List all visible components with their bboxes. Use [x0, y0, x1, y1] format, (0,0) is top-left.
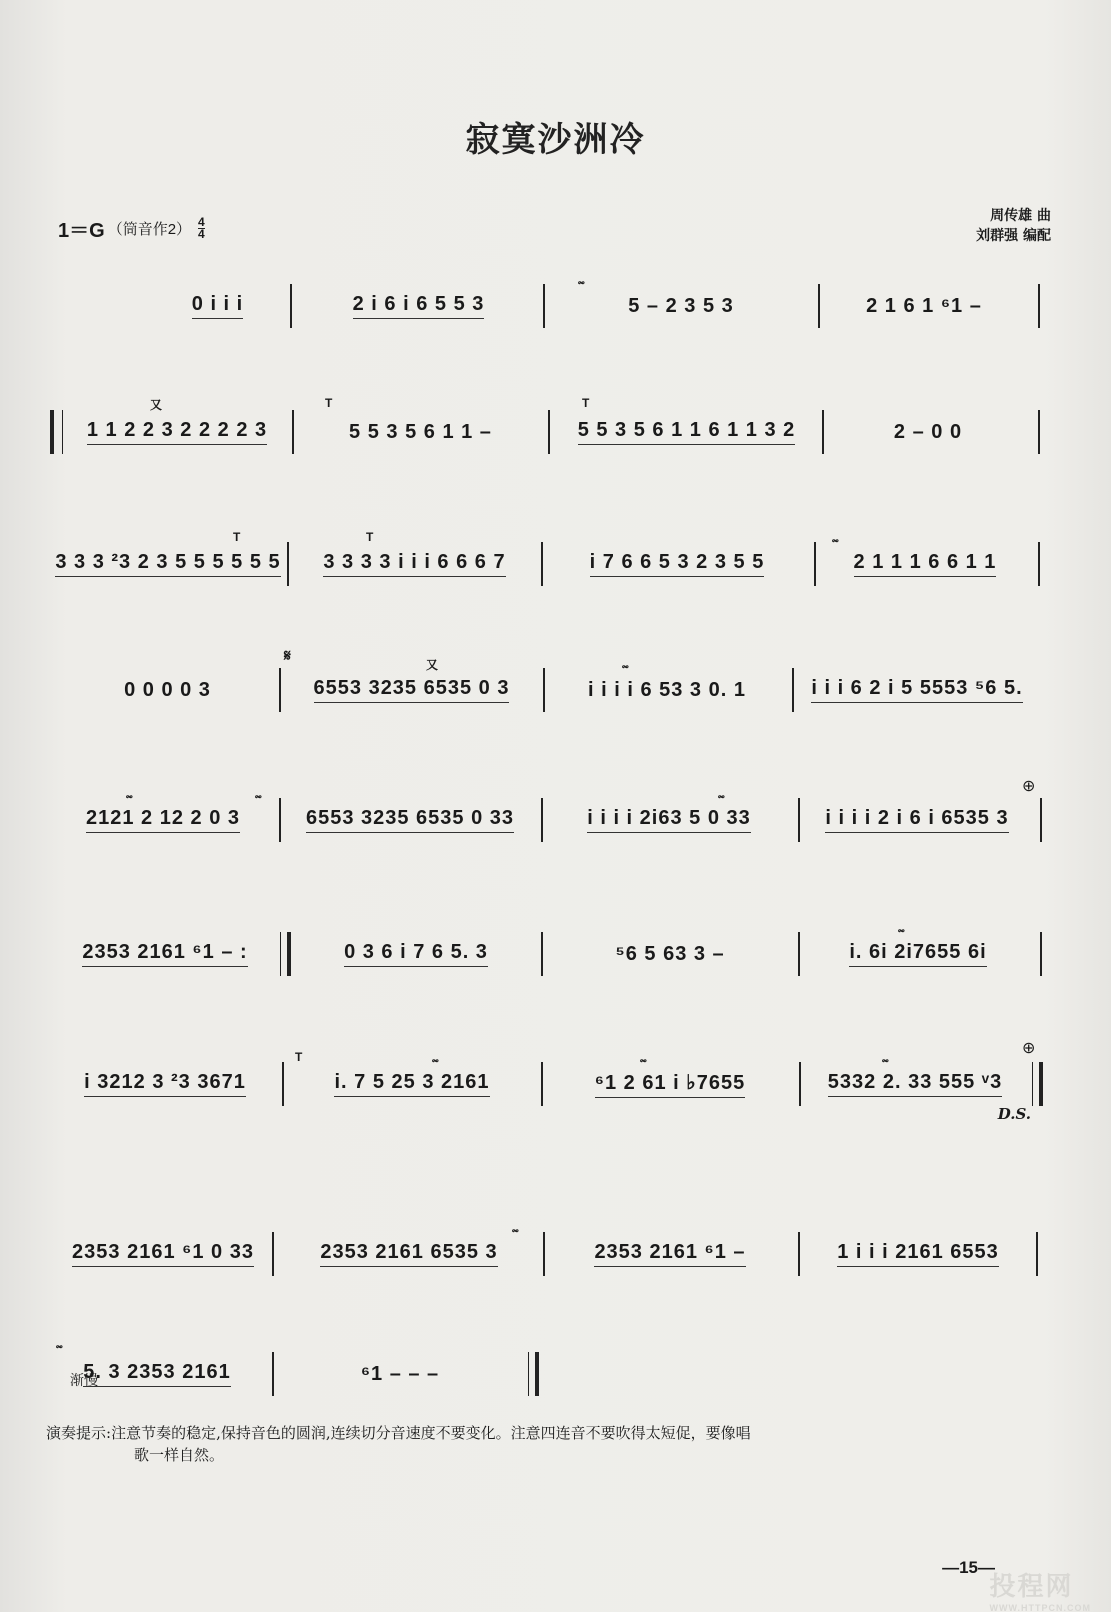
- tremolo-mark: 𝆗: [882, 1052, 889, 1067]
- coda-icon: ⊕: [1022, 776, 1035, 796]
- tremolo-mark: 𝆗: [640, 1052, 647, 1067]
- hint-label: 演奏提示:: [46, 1424, 111, 1442]
- measure: i i i 6 2 i 5 5553 ⁵6 5.: [798, 660, 1036, 720]
- barline: [798, 932, 800, 976]
- measure: 2 i 6 i 6 5 5 3: [296, 276, 541, 336]
- measure: i. 7 5 25 3 2161: [288, 1054, 536, 1114]
- tremolo-mark: 𝆗: [832, 532, 839, 547]
- measure: 0 0 0 0 3: [60, 660, 275, 720]
- barline: [282, 1062, 284, 1106]
- repeat-end-barline: [280, 932, 291, 976]
- measure: 2353 2161 ⁶1 0 33: [52, 1224, 274, 1284]
- credits: 周传雄 曲 刘群强 编配: [976, 206, 1051, 246]
- measure: 2121 2 12 2 0 3: [52, 790, 274, 850]
- measure: 6553 3235 6535 0 3: [284, 660, 539, 720]
- barline: [272, 1232, 274, 1276]
- tremolo-mark: 𝆗: [898, 922, 905, 937]
- barline: [1040, 798, 1042, 842]
- song-title: 寂寞沙洲冷: [0, 112, 1111, 161]
- measure: 5 – 2 3 5 3: [550, 276, 812, 336]
- double-barline: [1032, 1062, 1043, 1106]
- performance-hint: 演奏提示:注意节奏的稳定,保持音色的圆润,连续切分音速度不要变化。注意四连音不要…: [46, 1422, 1006, 1466]
- barline: [290, 284, 292, 328]
- measure: 5332 2. 33 555 ᵛ3: [804, 1054, 1026, 1114]
- barline: [798, 1232, 800, 1276]
- measure: i. 6i 2i7655 6i: [804, 924, 1032, 984]
- barline: [792, 668, 794, 712]
- hint-text-continued: 歌一样自然。: [46, 1444, 1006, 1466]
- measure: 1 1 2 2 3 2 2 2 2 3: [66, 402, 288, 462]
- time-signature: 4 4: [198, 217, 205, 240]
- barline: [1040, 932, 1042, 976]
- measure: 5 5 3 5 6 1 1 6 1 1 3 2: [554, 402, 819, 462]
- score-line-6: 2353 2161 ⁶1 – : 0 3 6 i 7 6 5. 3 ⁵6 5 6…: [0, 924, 1111, 984]
- measure: 1 i i i 2161 6553: [804, 1224, 1032, 1284]
- key-note: （筒音作2）: [108, 218, 191, 239]
- tremolo-mark: 𝆗: [512, 1222, 519, 1237]
- measure: ⁵6 5 63 3 –: [546, 924, 794, 984]
- tremolo-mark: 𝆗: [718, 788, 725, 803]
- score-line-4: 0 0 0 0 3 6553 3235 6535 0 3 i i i i 6 5…: [0, 660, 1111, 720]
- barline: [541, 932, 543, 976]
- dal-segno-mark: D.S.: [998, 1105, 1031, 1123]
- measure: 2 – 0 0: [828, 402, 1028, 462]
- repeat-start-barline: [50, 410, 63, 454]
- barline: [822, 410, 824, 454]
- score-line-8: 2353 2161 ⁶1 0 33 2353 2161 6535 3 2353 …: [0, 1224, 1111, 1284]
- tremolo-mark: 𝆗: [622, 658, 629, 673]
- barline: [543, 284, 545, 328]
- barline: [292, 410, 294, 454]
- measure: i 3212 3 ²3 3671: [52, 1054, 278, 1114]
- barline: [1036, 1232, 1038, 1276]
- tempo-change: 渐慢: [70, 1370, 98, 1390]
- barline: [814, 542, 816, 586]
- tongue-t-mark: T: [295, 1050, 302, 1064]
- composer: 周传雄 曲: [976, 206, 1051, 226]
- barline: [1038, 542, 1040, 586]
- barline: [798, 798, 800, 842]
- barline: [272, 1352, 274, 1396]
- measure: i i i i 6 53 3 0. 1: [548, 660, 786, 720]
- score-line-2: 1 1 2 2 3 2 2 2 2 3 5 5 3 5 6 1 1 – 5 5 …: [0, 402, 1111, 462]
- tongue-t-mark: T: [233, 530, 240, 544]
- barline: [279, 668, 281, 712]
- measure: 2353 2161 6535 3: [278, 1224, 540, 1284]
- tongue-x-mark: 又: [150, 396, 162, 413]
- measure: 2 1 1 1 6 6 1 1: [820, 534, 1030, 594]
- final-barline: [528, 1352, 539, 1396]
- measure: 0 i i i: [150, 276, 285, 336]
- barline: [548, 410, 550, 454]
- tongue-x-mark: 又: [426, 656, 438, 673]
- tremolo-mark: 𝆗: [56, 1338, 63, 1353]
- watermark-logo: 投程网 WWW.HTTPCN.COM: [990, 1566, 1091, 1612]
- hint-text: 注意节奏的稳定,保持音色的圆润,连续切分音速度不要变化。注意四连音不要吹得太短促…: [111, 1424, 751, 1442]
- barline: [818, 284, 820, 328]
- score-line-7: i 3212 3 ²3 3671 i. 7 5 25 3 2161 ⁶1 2 6…: [0, 1054, 1111, 1114]
- measure: i i i i 2 i 6 i 6535 3: [804, 790, 1030, 850]
- barline: [799, 1062, 801, 1106]
- tremolo-mark: 𝆗: [255, 788, 262, 803]
- measure: 5 5 3 5 6 1 1 –: [298, 402, 543, 462]
- tongue-t-mark: T: [325, 396, 332, 410]
- key-tonic: 1＝G: [58, 214, 105, 243]
- barline: [541, 1062, 543, 1106]
- measure: 2 1 6 1 ⁶1 –: [824, 276, 1024, 336]
- barline: [287, 542, 289, 586]
- measure: 3 3 3 ²3 2 3 5 5 5 5 5 5: [52, 534, 284, 594]
- barline: [543, 1232, 545, 1276]
- score-line-9: 5. 3 2353 2161 ⁶1 – – – 𝆗: [0, 1344, 1111, 1404]
- barline: [543, 668, 545, 712]
- measure: 6553 3235 6535 0 33: [284, 790, 536, 850]
- measure: 2353 2161 ⁶1 –: [548, 1224, 792, 1284]
- tongue-t-mark: T: [366, 530, 373, 544]
- measure: i 7 6 6 5 3 2 3 5 5: [546, 534, 808, 594]
- barline: [1038, 410, 1040, 454]
- key-signature: 1＝G （筒音作2） 4 4: [58, 214, 205, 243]
- arranger: 刘群强 编配: [976, 226, 1051, 246]
- segno-mark: 𝄋: [284, 648, 291, 666]
- score-line-3: 3 3 3 ²3 2 3 5 5 5 5 5 5 3 3 3 3 i i i 6…: [0, 534, 1111, 594]
- measure: i i i i 2i63 5 0 33: [546, 790, 792, 850]
- tongue-t-mark: T: [582, 396, 589, 410]
- tremolo-mark: 𝆗: [578, 274, 585, 289]
- measure: ⁶1 2 61 i ♭7655: [546, 1054, 794, 1114]
- measure: 0 3 6 i 7 6 5. 3: [292, 924, 540, 984]
- tremolo-mark: 𝆗: [126, 788, 133, 803]
- barline: [279, 798, 281, 842]
- score-line-1: 0 i i i 2 i 6 i 6 5 5 3 5 – 2 3 5 3 2 1 …: [0, 276, 1111, 336]
- score-line-5: 2121 2 12 2 0 3 6553 3235 6535 0 33 i i …: [0, 790, 1111, 850]
- barline: [541, 798, 543, 842]
- measure: 3 3 3 3 i i i 6 6 6 7: [292, 534, 537, 594]
- measure: ⁶1 – – –: [280, 1344, 520, 1404]
- barline: [1038, 284, 1040, 328]
- coda-icon: ⊕: [1022, 1038, 1035, 1058]
- measure: 2353 2161 ⁶1 – :: [52, 924, 278, 984]
- barline: [541, 542, 543, 586]
- page-number: —15—: [942, 1558, 995, 1578]
- tremolo-mark: 𝆗: [432, 1052, 439, 1067]
